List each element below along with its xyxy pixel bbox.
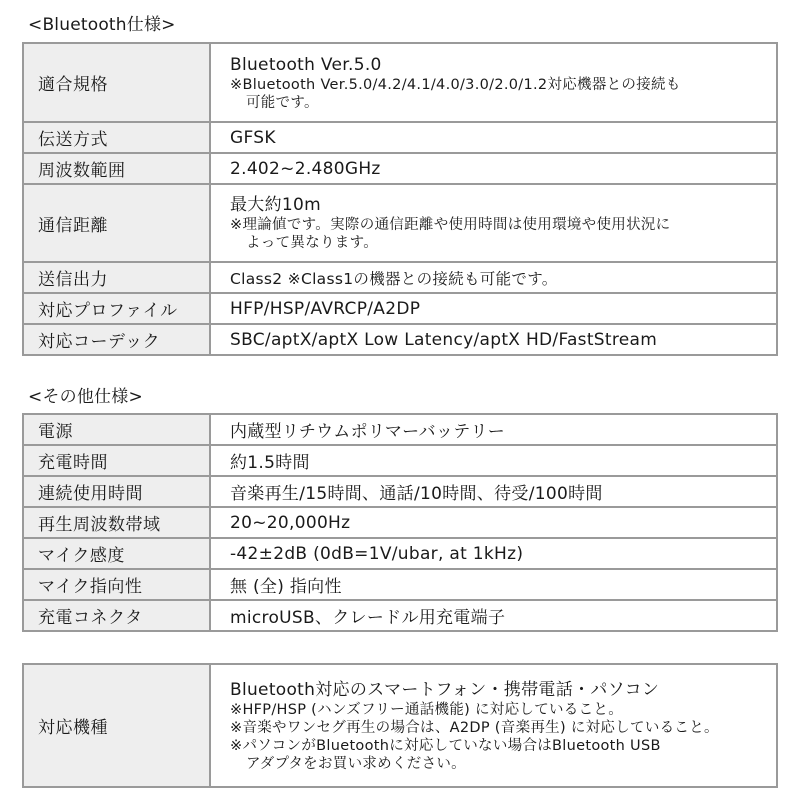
standard-note: ※Bluetooth Ver.5.0/4.2/4.1/4.0/3.0/2.0/1… [230, 76, 772, 94]
spec-value-power: 内蔵型リチウムポリマーバッテリー [210, 414, 777, 445]
spec-label-mic-sensitivity: マイク感度 [23, 538, 210, 569]
table-row: 対応コーデック SBC/aptX/aptX Low Latency/aptX H… [23, 324, 777, 355]
table-row: マイク感度 -42±2dB (0dB=1V/ubar, at 1kHz) [23, 538, 777, 569]
spec-value-modulation: GFSK [210, 122, 777, 153]
standard-main: Bluetooth Ver.5.0 [230, 54, 772, 76]
range-note-cont: よって異なります。 [230, 234, 772, 252]
other-spec-table: 電源 内蔵型リチウムポリマーバッテリー 充電時間 約1.5時間 連続使用時間 音… [22, 413, 778, 632]
spec-label-usage-time: 連続使用時間 [23, 476, 210, 507]
spec-value-standard: Bluetooth Ver.5.0 ※Bluetooth Ver.5.0/4.2… [210, 43, 777, 122]
spec-value-mic-directivity: 無 (全) 指向性 [210, 569, 777, 600]
spec-label-modulation: 伝送方式 [23, 122, 210, 153]
spec-value-output: Class2 ※Class1の機器との接続も可能です。 [210, 262, 777, 293]
spec-value-compatible: Bluetooth対応のスマートフォン・携帯電話・パソコン ※HFP/HSP (… [210, 664, 777, 787]
compatible-note-pc: ※パソコンがBluetoothに対応していない場合はBluetooth USB [230, 737, 772, 755]
spec-label-power: 電源 [23, 414, 210, 445]
range-main: 最大約10m [230, 194, 772, 216]
table-row: 送信出力 Class2 ※Class1の機器との接続も可能です。 [23, 262, 777, 293]
spec-value-freq-response: 20~20,000Hz [210, 507, 777, 538]
spec-label-connector: 充電コネクタ [23, 600, 210, 631]
table-row: 伝送方式 GFSK [23, 122, 777, 153]
bluetooth-spec-table: 適合規格 Bluetooth Ver.5.0 ※Bluetooth Ver.5.… [22, 42, 778, 356]
table-row: 再生周波数帯域 20~20,000Hz [23, 507, 777, 538]
spec-label-compatible: 対応機種 [23, 664, 210, 787]
spec-value-frequency: 2.402~2.480GHz [210, 153, 777, 184]
spec-label-codec: 対応コーデック [23, 324, 210, 355]
spec-value-connector: microUSB、クレードル用充電端子 [210, 600, 777, 631]
table-row: マイク指向性 無 (全) 指向性 [23, 569, 777, 600]
compatible-note-pc-cont: アダプタをお買い求めください。 [230, 755, 772, 773]
compatible-devices-table: 対応機種 Bluetooth対応のスマートフォン・携帯電話・パソコン ※HFP/… [22, 663, 778, 788]
spec-label-range: 通信距離 [23, 184, 210, 262]
bluetooth-spec-title: <Bluetooth仕様> [28, 14, 176, 36]
compatible-note-hfp: ※HFP/HSP (ハンズフリー通話機能) に対応していること。 [230, 701, 772, 719]
spec-value-mic-sensitivity: -42±2dB (0dB=1V/ubar, at 1kHz) [210, 538, 777, 569]
spec-value-profile: HFP/HSP/AVRCP/A2DP [210, 293, 777, 324]
table-row: 適合規格 Bluetooth Ver.5.0 ※Bluetooth Ver.5.… [23, 43, 777, 122]
compatible-note-a2dp: ※音楽やワンセグ再生の場合は、A2DP (音楽再生) に対応していること。 [230, 719, 772, 737]
spec-value-usage-time: 音楽再生/15時間、通話/10時間、待受/100時間 [210, 476, 777, 507]
table-row: 充電コネクタ microUSB、クレードル用充電端子 [23, 600, 777, 631]
table-row: 通信距離 最大約10m ※理論値です。実際の通信距離や使用時間は使用環境や使用状… [23, 184, 777, 262]
compatible-main: Bluetooth対応のスマートフォン・携帯電話・パソコン [230, 679, 772, 701]
spec-value-charge-time: 約1.5時間 [210, 445, 777, 476]
table-row: 周波数範囲 2.402~2.480GHz [23, 153, 777, 184]
spec-label-output: 送信出力 [23, 262, 210, 293]
spec-label-profile: 対応プロファイル [23, 293, 210, 324]
table-row: 電源 内蔵型リチウムポリマーバッテリー [23, 414, 777, 445]
table-row: 連続使用時間 音楽再生/15時間、通話/10時間、待受/100時間 [23, 476, 777, 507]
spec-value-range: 最大約10m ※理論値です。実際の通信距離や使用時間は使用環境や使用状況に よっ… [210, 184, 777, 262]
spec-label-frequency: 周波数範囲 [23, 153, 210, 184]
spec-label-mic-directivity: マイク指向性 [23, 569, 210, 600]
spec-label-freq-response: 再生周波数帯域 [23, 507, 210, 538]
table-row: 対応プロファイル HFP/HSP/AVRCP/A2DP [23, 293, 777, 324]
spec-label-charge-time: 充電時間 [23, 445, 210, 476]
table-row: 対応機種 Bluetooth対応のスマートフォン・携帯電話・パソコン ※HFP/… [23, 664, 777, 787]
spec-label-standard: 適合規格 [23, 43, 210, 122]
table-row: 充電時間 約1.5時間 [23, 445, 777, 476]
spec-value-codec: SBC/aptX/aptX Low Latency/aptX HD/FastSt… [210, 324, 777, 355]
range-note: ※理論値です。実際の通信距離や使用時間は使用環境や使用状況に [230, 216, 772, 234]
standard-note-cont: 可能です。 [230, 94, 772, 112]
other-spec-title: <その他仕様> [28, 386, 143, 408]
